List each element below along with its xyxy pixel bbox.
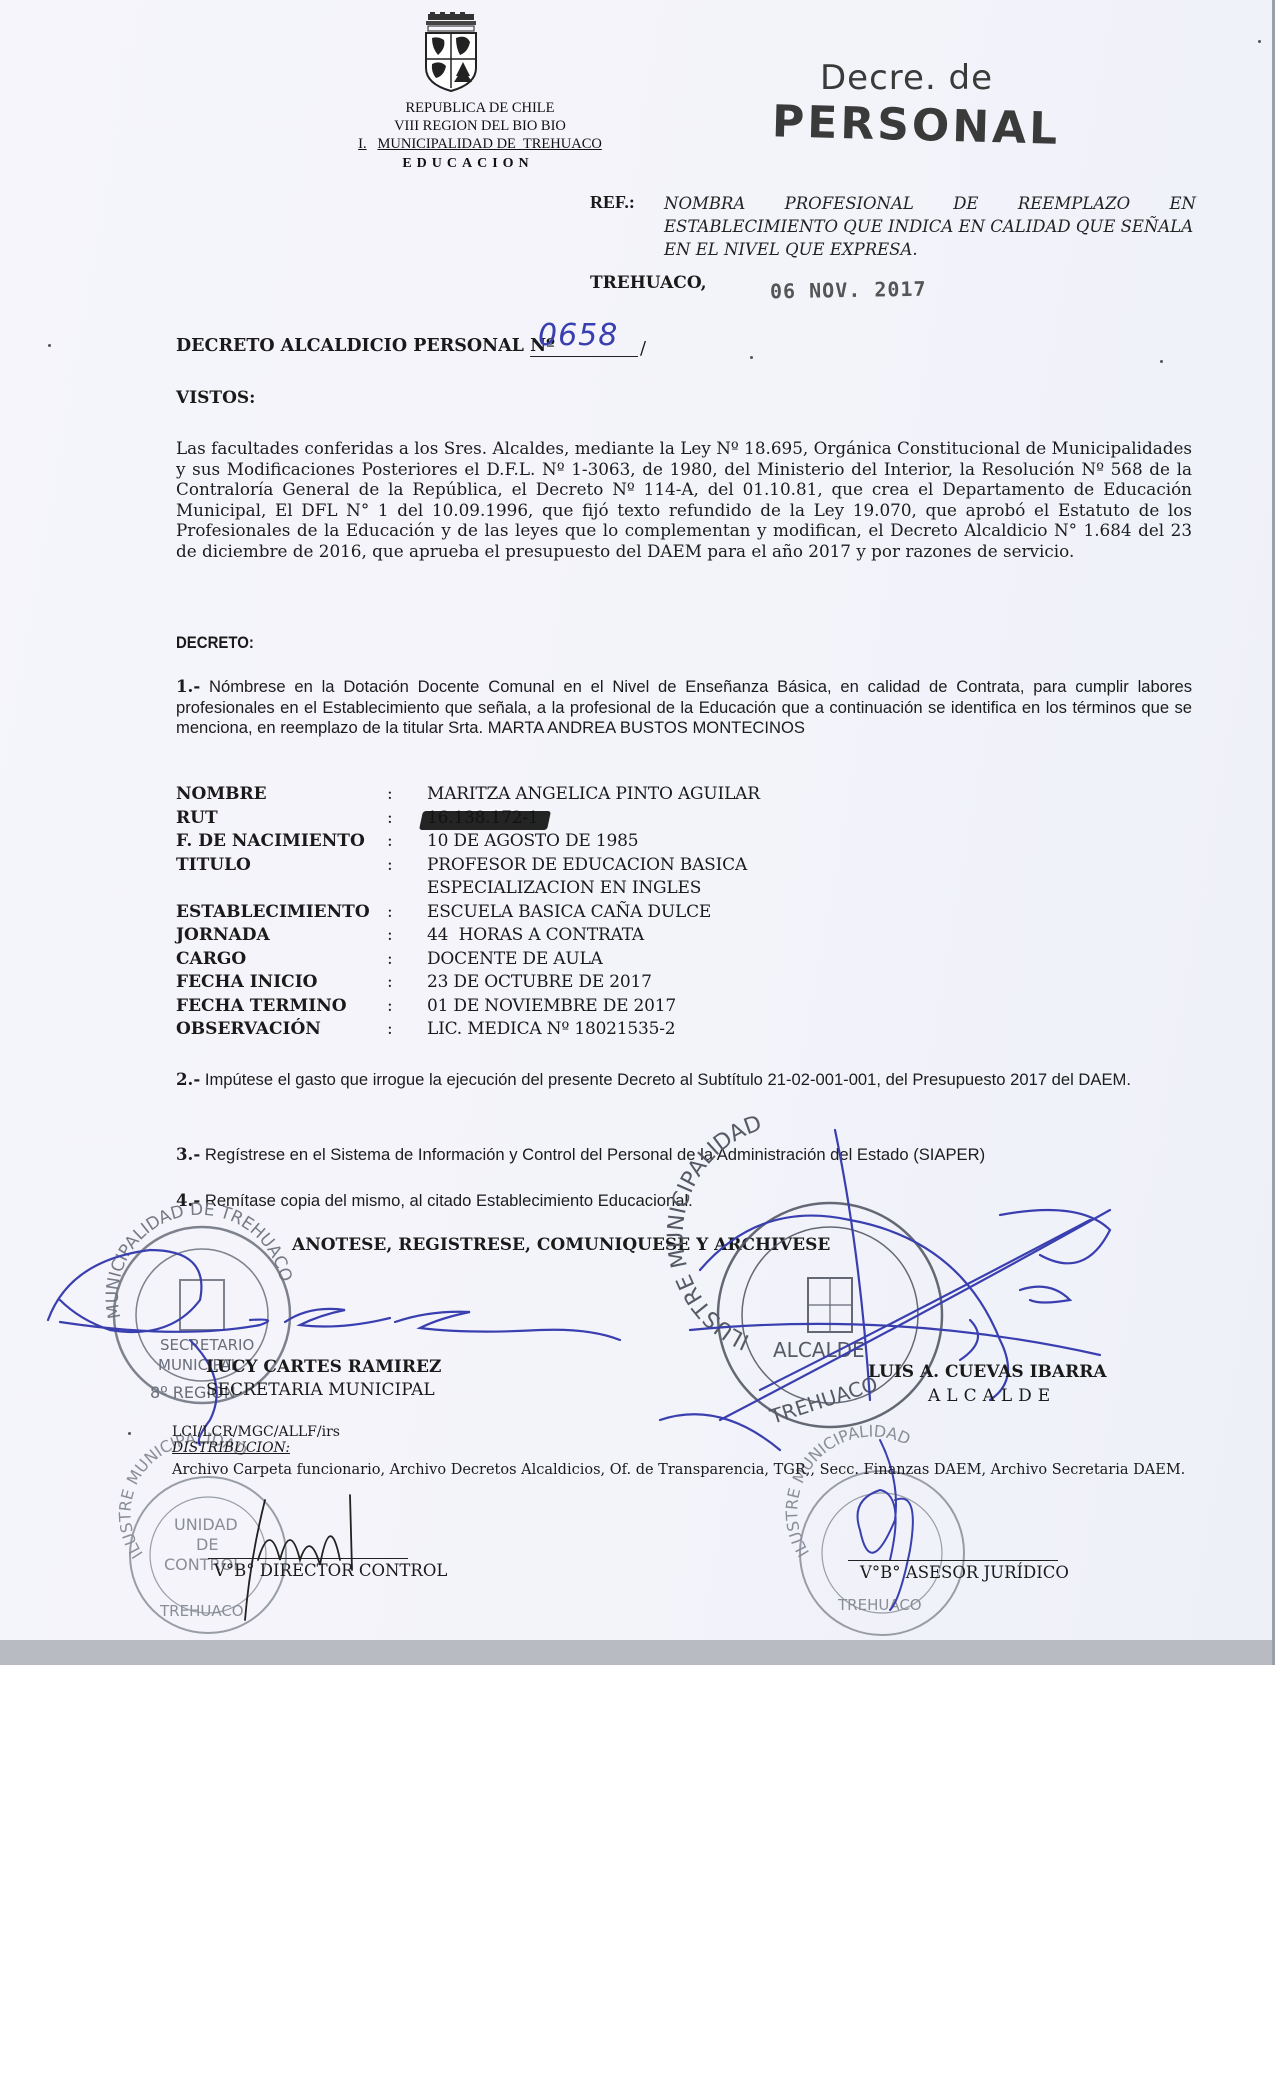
field-row-titulo-cont: ESPECIALIZACION EN INGLES <box>176 878 760 902</box>
field-value: ESPECIALIZACION EN INGLES <box>427 878 701 898</box>
ref-word: REEMPLAZO <box>1018 192 1130 215</box>
field-row-nacimiento: F. DE NACIMIENTO : 10 DE AGOSTO DE 1985 <box>176 831 760 855</box>
field-value-redacted: 16.138.172-1 <box>427 808 539 828</box>
ref-line-3: EN EL NIVEL QUE EXPRESA. <box>664 238 1196 261</box>
field-label: CARGO <box>176 949 387 969</box>
secretary-title: SECRETARIA MUNICIPAL <box>206 1380 435 1400</box>
field-value: LIC. MEDICA Nº 18021535-2 <box>427 1019 675 1039</box>
ref-word: PROFESIONAL <box>785 192 914 215</box>
vistos-heading: VISTOS: <box>176 388 255 408</box>
field-colon: : <box>387 972 427 992</box>
scan-speck <box>750 356 753 359</box>
header-country: REPUBLICA DE CHILE <box>280 100 680 117</box>
header-municipality-prefix: I. <box>358 136 366 152</box>
header-municipality-name: MUNICIPALIDAD DE TREHUACO <box>377 136 601 152</box>
decreto-item-text: Nómbrese en la Dotación Docente Comunal … <box>176 677 1192 737</box>
decreto-item-4: 4.- Remítase copia del mismo, al citado … <box>176 1190 1192 1212</box>
decree-number-suffix: / <box>640 338 646 359</box>
header-municipality: I. MUNICIPALIDAD DE TREHUACO <box>280 136 680 153</box>
field-value: 01 DE NOVIEMBRE DE 2017 <box>427 996 676 1016</box>
header-region: VIII REGION DEL BIO BIO <box>280 118 680 135</box>
field-row-observacion: OBSERVACIÓN : LIC. MEDICA Nº 18021535-2 <box>176 1019 760 1043</box>
stamp-decree-type: Decre. de <box>820 58 993 98</box>
header-department: EDUCACION <box>268 156 668 172</box>
secretary-name: LUCY CARTES RAMIREZ <box>206 1357 441 1377</box>
ref-line-1: NOMBRA PROFESIONAL DE REEMPLAZO EN <box>664 192 1196 215</box>
field-row-fecha-termino: FECHA TERMINO : 01 DE NOVIEMBRE DE 2017 <box>176 996 760 1020</box>
field-colon: : <box>387 949 427 969</box>
decreto-item-text: Impútese el gasto que irrogue la ejecuci… <box>200 1070 1131 1089</box>
scan-speck <box>1160 360 1163 363</box>
ref-word: NOMBRA <box>664 192 745 215</box>
appointment-fields: NOMBRE : MARITZA ANGELICA PINTO AGUILAR … <box>176 784 760 1043</box>
stamp-personal: PERSONAL <box>771 96 1060 155</box>
bullet-dot <box>128 1432 131 1435</box>
field-value: 10 DE AGOSTO DE 1985 <box>427 831 638 851</box>
ref-text: NOMBRA PROFESIONAL DE REEMPLAZO EN ESTAB… <box>664 192 1196 261</box>
decree-number-underline <box>530 356 638 357</box>
decreto-item-3: 3.- Regístrese en el Sistema de Informac… <box>176 1144 1192 1166</box>
field-colon: : <box>387 855 427 875</box>
decreto-item-text: Remítase copia del mismo, al citado Esta… <box>200 1191 693 1210</box>
field-row-establecimiento: ESTABLECIMIENTO : ESCUELA BASICA CAÑA DU… <box>176 902 760 926</box>
field-row-jornada: JORNADA : 44 HORAS A CONTRATA <box>176 925 760 949</box>
control-signature-line <box>208 1558 408 1559</box>
field-label: OBSERVACIÓN <box>176 1019 387 1039</box>
field-label: F. DE NACIMIENTO <box>176 831 387 851</box>
mayor-title: ALCALDE <box>928 1386 1056 1406</box>
field-colon: : <box>387 902 427 922</box>
field-row-fecha-inicio: FECHA INICIO : 23 DE OCTUBRE DE 2017 <box>176 972 760 996</box>
ref-line-2: ESTABLECIMIENTO QUE INDICA EN CALIDAD QU… <box>664 215 1196 238</box>
decreto-item-number: 1.- <box>176 676 200 696</box>
field-colon: : <box>387 831 427 851</box>
ref-label: REF.: <box>590 192 635 213</box>
distribution-text: Archivo Carpeta funcionario, Archivo Dec… <box>172 1462 1185 1478</box>
field-row-cargo: CARGO : DOCENTE DE AULA <box>176 949 760 973</box>
closing-formula: ANOTESE, REGISTRESE, COMUNIQUESE Y ARCHI… <box>292 1235 830 1255</box>
decree-number-label: DECRETO ALCALDICIO PERSONAL Nº <box>176 336 555 356</box>
place-city: TREHUACO, <box>590 273 707 293</box>
municipal-crest-icon <box>420 12 482 92</box>
date-stamp: 06 NOV. 2017 <box>770 277 927 304</box>
field-value: 44 HORAS A CONTRATA <box>427 925 644 945</box>
decree-number-handwritten: 0658 <box>538 318 618 353</box>
decreto-item-number: 4.- <box>176 1190 200 1210</box>
vistos-text: Las facultades conferidas a los Sres. Al… <box>176 438 1192 561</box>
field-colon: : <box>387 784 427 804</box>
field-label: JORNADA <box>176 925 387 945</box>
decreto-item-text: Regístrese en el Sistema de Información … <box>200 1145 985 1164</box>
ref-word: EN <box>1170 192 1196 215</box>
field-value: 23 DE OCTUBRE DE 2017 <box>427 972 652 992</box>
decreto-item-number: 3.- <box>176 1144 200 1164</box>
field-value: DOCENTE DE AULA <box>427 949 603 969</box>
field-value: PROFESOR DE EDUCACION BASICA <box>427 855 747 875</box>
legal-approval-label: V°B° ASESOR JURÍDICO <box>860 1563 1069 1582</box>
initials: LCI/LCR/MGC/ALLF/irs <box>172 1424 340 1440</box>
field-label: TITULO <box>176 855 387 875</box>
field-colon: : <box>387 996 427 1016</box>
field-value: MARITZA ANGELICA PINTO AGUILAR <box>427 784 760 804</box>
field-label: FECHA INICIO <box>176 972 387 992</box>
field-colon: : <box>387 1019 427 1039</box>
decreto-item-2: 2.- Impútese el gasto que irrogue la eje… <box>176 1069 1192 1091</box>
field-label: NOMBRE <box>176 784 387 804</box>
field-label: RUT <box>176 808 387 828</box>
field-label: ESTABLECIMIENTO <box>176 902 387 922</box>
field-colon: : <box>387 925 427 945</box>
field-label: FECHA TERMINO <box>176 996 387 1016</box>
decreto-item-1: 1.- Nómbrese en la Dotación Docente Comu… <box>176 676 1192 739</box>
field-row-nombre: NOMBRE : MARITZA ANGELICA PINTO AGUILAR <box>176 784 760 808</box>
scan-edge-bottom <box>0 1640 1275 1665</box>
distribution-heading: DISTRIBUCION: <box>172 1440 290 1456</box>
control-approval-label: V°B° DIRECTOR CONTROL <box>214 1561 447 1580</box>
field-row-rut: RUT : 16.138.172-1 <box>176 808 760 832</box>
decreto-item-number: 2.- <box>176 1069 200 1089</box>
decreto-heading: DECRETO: <box>176 633 254 653</box>
field-row-titulo: TITULO : PROFESOR DE EDUCACION BASICA <box>176 855 760 879</box>
field-value: ESCUELA BASICA CAÑA DULCE <box>427 902 711 922</box>
legal-signature-line <box>848 1560 1058 1561</box>
ref-word: DE <box>953 192 978 215</box>
scan-speck <box>48 344 51 347</box>
scan-speck <box>1258 40 1261 43</box>
mayor-name: LUIS A. CUEVAS IBARRA <box>868 1362 1107 1382</box>
